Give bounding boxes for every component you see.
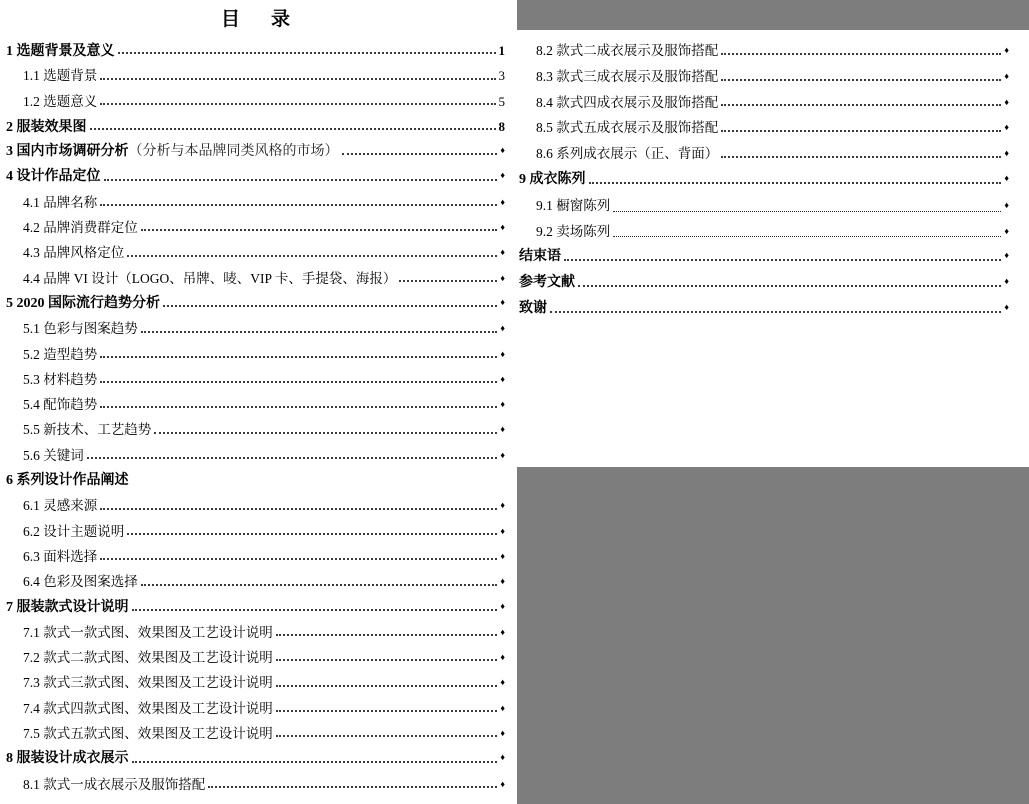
toc-entry-label: 6.4 色彩及图案选择	[23, 569, 138, 594]
page-placeholder-icon: ♦	[500, 645, 505, 670]
dot-leader	[132, 609, 498, 611]
dot-leader	[141, 584, 498, 586]
toc-entry[interactable]: 9 成衣陈列♦	[519, 167, 1009, 193]
toc-entry[interactable]: 8 服装设计成衣展示♦	[6, 746, 505, 771]
dot-leader	[127, 533, 497, 535]
dot-leader	[276, 685, 498, 687]
page-placeholder-icon: ♦	[500, 367, 505, 392]
dot-leader	[100, 204, 497, 206]
toc-entry-label: 结束语	[519, 244, 561, 270]
toc-entry-label: 9 成衣陈列	[519, 167, 586, 193]
toc-entry[interactable]: 6 系列设计作品阐述	[6, 468, 505, 493]
toc-entry-label: 4.2 品牌消费群定位	[23, 215, 138, 240]
toc-entry-label: 4 设计作品定位	[6, 164, 101, 189]
toc-entry[interactable]: 1.1 选题背景3	[6, 63, 505, 88]
dot-leader	[276, 710, 498, 712]
toc-entry[interactable]: 致谢♦	[519, 296, 1009, 322]
toc-entry[interactable]: 7 服装款式设计说明♦	[6, 595, 505, 620]
toc-entry-label: 4.3 品牌风格定位	[23, 240, 124, 265]
dot-leader	[127, 255, 497, 257]
dot-leader	[100, 103, 495, 105]
toc-entry-label: 3 国内市场调研分析	[6, 139, 129, 164]
dot-leader	[118, 52, 496, 54]
page-placeholder-icon: ♦	[500, 290, 505, 315]
page-placeholder-icon: ♦	[1004, 64, 1009, 90]
dot-leader	[154, 432, 497, 434]
dot-leader	[100, 558, 497, 560]
toc-entry[interactable]: 2 服装效果图8	[6, 114, 505, 139]
page-placeholder-icon: ♦	[1004, 141, 1009, 167]
toc-entry-label: 6.2 设计主题说明	[23, 519, 124, 544]
toc-entry-label: 致谢	[519, 296, 547, 322]
toc-entry[interactable]: 8.5 款式五成衣展示及服饰搭配♦	[519, 115, 1009, 141]
toc-entry[interactable]: 6.4 色彩及图案选择♦	[6, 569, 505, 594]
page-placeholder-icon: ♦	[500, 569, 505, 594]
toc-entry[interactable]: 7.3 款式三款式图、效果图及工艺设计说明♦	[6, 670, 505, 695]
dot-leader	[276, 659, 498, 661]
document-page-left: 目 录 1 选题背景及意义11.1 选题背景31.2 选题意义52 服装效果图8…	[0, 0, 517, 804]
toc-entry-label: 5.2 造型趋势	[23, 342, 97, 367]
dot-leader	[721, 104, 1001, 106]
dot-leader	[208, 786, 497, 788]
dot-leader	[163, 305, 497, 307]
toc-entry-label: 1.2 选题意义	[23, 89, 97, 114]
toc-entry[interactable]: 5.3 材料趋势♦	[6, 367, 505, 392]
page-placeholder-icon: ♦	[1004, 38, 1009, 64]
toc-entry-label: 8 服装设计成衣展示	[6, 746, 129, 771]
page-placeholder-icon: ♦	[500, 493, 505, 518]
page-placeholder-icon: ♦	[500, 519, 505, 544]
toc-entry-page: 8	[499, 114, 506, 139]
page-placeholder-icon: ♦	[1004, 295, 1009, 321]
toc-entry[interactable]: 6.3 面料选择♦	[6, 544, 505, 569]
dot-leader	[100, 406, 497, 408]
toc-entry[interactable]: 7.1 款式一款式图、效果图及工艺设计说明♦	[6, 620, 505, 645]
toc-entry[interactable]: 7.5 款式五款式图、效果图及工艺设计说明♦	[6, 721, 505, 746]
page-placeholder-icon: ♦	[500, 316, 505, 341]
toc-entry[interactable]: 8.3 款式三成衣展示及服饰搭配♦	[519, 64, 1009, 90]
toc-entry-label: 参考文献	[519, 270, 575, 296]
toc-entry[interactable]: 5.4 配饰趋势♦	[6, 392, 505, 417]
toc-entry[interactable]: 8.2 款式二成衣展示及服饰搭配♦	[519, 38, 1009, 64]
page-placeholder-icon: ♦	[500, 594, 505, 619]
page-placeholder-icon: ♦	[500, 138, 505, 163]
toc-entry[interactable]: 4.3 品牌风格定位♦	[6, 240, 505, 265]
dot-leader	[564, 259, 1001, 261]
page-placeholder-icon: ♦	[500, 215, 505, 240]
dot-leader	[141, 229, 498, 231]
toc-entry-label: 5.6 关键词	[23, 443, 84, 468]
dot-leader	[721, 130, 1001, 132]
dot-leader	[141, 331, 498, 333]
toc-list-right: 8.2 款式二成衣展示及服饰搭配♦8.3 款式三成衣展示及服饰搭配♦8.4 款式…	[519, 38, 1009, 322]
page-placeholder-icon: ♦	[500, 721, 505, 746]
page-placeholder-icon: ♦	[500, 417, 505, 442]
page-placeholder-icon: ♦	[1004, 90, 1009, 116]
dot-leader	[550, 311, 1001, 313]
page-placeholder-icon: ♦	[500, 443, 505, 468]
toc-entry-page: 5	[499, 89, 506, 114]
toc-entry[interactable]: 5.2 造型趋势♦	[6, 342, 505, 367]
toc-entry-label: 8.5 款式五成衣展示及服饰搭配	[536, 115, 718, 141]
toc-entry[interactable]: 5.6 关键词♦	[6, 443, 505, 468]
toc-entry-label: 9.2 卖场陈列	[536, 219, 610, 245]
dot-leader	[100, 356, 497, 358]
page-placeholder-icon: ♦	[500, 266, 505, 291]
toc-entry-label: 8.2 款式二成衣展示及服饰搭配	[536, 38, 718, 64]
dot-leader	[132, 761, 498, 763]
toc-entry-page: 1	[499, 38, 506, 63]
toc-entry-label: 6.3 面料选择	[23, 544, 97, 569]
toc-entry-label: 4.4 品牌 VI 设计（LOGO、吊牌、唛、VIP 卡、手提袋、海报）	[23, 266, 396, 291]
document-page-right: 8.2 款式二成衣展示及服饰搭配♦8.3 款式三成衣展示及服饰搭配♦8.4 款式…	[517, 30, 1029, 467]
dot-leader	[87, 457, 498, 459]
toc-entry[interactable]: 4.1 品牌名称♦	[6, 190, 505, 215]
toc-entry-label: 2 服装效果图	[6, 115, 87, 140]
page-placeholder-icon: ♦	[1004, 269, 1009, 295]
toc-entry[interactable]: 5 2020 国际流行趋势分析♦	[6, 291, 505, 316]
dot-leader	[276, 735, 498, 737]
toc-entry[interactable]: 7.4 款式四款式图、效果图及工艺设计说明♦	[6, 696, 505, 721]
page-placeholder-icon: ♦	[500, 620, 505, 645]
toc-entry-label: 5.3 材料趋势	[23, 367, 97, 392]
toc-entry[interactable]: 1 选题背景及意义1	[6, 38, 505, 63]
toc-entry-label: 8.1 款式一成衣展示及服饰搭配	[23, 772, 205, 797]
dot-leader	[721, 53, 1001, 55]
toc-entry[interactable]: 8.6 系列成衣展示（正、背面）♦	[519, 141, 1009, 167]
toc-entry[interactable]: 5.1 色彩与图案趋势♦	[6, 316, 505, 341]
toc-entry-page: 3	[499, 63, 506, 88]
page-placeholder-icon: ♦	[1004, 219, 1009, 245]
toc-entry[interactable]: 4.4 品牌 VI 设计（LOGO、吊牌、唛、VIP 卡、手提袋、海报）♦	[6, 266, 505, 291]
toc-entry[interactable]: 7.2 款式二款式图、效果图及工艺设计说明♦	[6, 645, 505, 670]
dot-leader	[721, 156, 1001, 158]
dot-leader	[613, 236, 1001, 237]
toc-entry-label: 5.4 配饰趋势	[23, 392, 97, 417]
page-placeholder-icon: ♦	[1004, 243, 1009, 269]
toc-entry[interactable]: 6.1 灵感来源♦	[6, 493, 505, 518]
page-placeholder-icon: ♦	[500, 342, 505, 367]
toc-entry-label: 8.6 系列成衣展示（正、背面）	[536, 141, 718, 167]
toc-entry[interactable]: 参考文献♦	[519, 270, 1009, 296]
page-placeholder-icon: ♦	[1004, 193, 1009, 219]
page-placeholder-icon: ♦	[500, 696, 505, 721]
toc-entry-label-normal: （分析与本品牌同类风格的市场）	[129, 139, 339, 164]
toc-entry-label: 5.5 新技术、工艺趋势	[23, 417, 151, 442]
toc-entry-label: 4.1 品牌名称	[23, 190, 97, 215]
dot-leader	[342, 153, 498, 155]
toc-entry-label: 6.1 灵感来源	[23, 493, 97, 518]
page-placeholder-icon: ♦	[500, 392, 505, 417]
page-placeholder-icon: ♦	[500, 190, 505, 215]
toc-entry-label: 7.2 款式二款式图、效果图及工艺设计说明	[23, 645, 273, 670]
dot-leader	[399, 280, 497, 282]
page-placeholder-icon: ♦	[500, 544, 505, 569]
page-placeholder-icon: ♦	[500, 670, 505, 695]
toc-entry-label: 7.4 款式四款式图、效果图及工艺设计说明	[23, 696, 273, 721]
page-placeholder-icon: ♦	[1004, 115, 1009, 141]
toc-entry[interactable]: 结束语♦	[519, 244, 1009, 270]
dot-leader	[721, 79, 1001, 81]
toc-entry-label: 6 系列设计作品阐述	[6, 468, 129, 493]
dot-leader	[589, 182, 1002, 184]
toc-entry[interactable]: 4 设计作品定位♦	[6, 164, 505, 189]
toc-entry[interactable]: 9.1 橱窗陈列♦	[519, 193, 1009, 219]
dot-leader	[104, 179, 498, 181]
page-placeholder-icon: ♦	[500, 163, 505, 188]
page-placeholder-icon: ♦	[500, 745, 505, 770]
toc-entry[interactable]: 6.2 设计主题说明♦	[6, 519, 505, 544]
toc-entry-label: 7.1 款式一款式图、效果图及工艺设计说明	[23, 620, 273, 645]
toc-entry[interactable]: 1.2 选题意义5	[6, 89, 505, 114]
dot-leader	[100, 78, 495, 80]
toc-entry[interactable]: 9.2 卖场陈列♦	[519, 219, 1009, 245]
toc-entry[interactable]: 3 国内市场调研分析（分析与本品牌同类风格的市场）♦	[6, 139, 505, 164]
toc-entry-label: 9.1 橱窗陈列	[536, 193, 610, 219]
page-placeholder-icon: ♦	[500, 772, 505, 797]
toc-title: 目 录	[0, 4, 517, 31]
page-placeholder-icon: ♦	[1004, 166, 1009, 192]
page-placeholder-icon: ♦	[500, 240, 505, 265]
dot-leader	[276, 634, 498, 636]
toc-entry-label: 1.1 选题背景	[23, 63, 97, 88]
toc-entry[interactable]: 5.5 新技术、工艺趋势♦	[6, 417, 505, 442]
toc-entry[interactable]: 8.4 款式四成衣展示及服饰搭配♦	[519, 90, 1009, 116]
dot-leader	[100, 508, 497, 510]
toc-entry-label: 8.4 款式四成衣展示及服饰搭配	[536, 90, 718, 116]
dot-leader	[578, 285, 1001, 287]
toc-list-left: 1 选题背景及意义11.1 选题背景31.2 选题意义52 服装效果图83 国内…	[6, 38, 505, 797]
toc-entry-label: 7.5 款式五款式图、效果图及工艺设计说明	[23, 721, 273, 746]
toc-entry-label: 7 服装款式设计说明	[6, 595, 129, 620]
toc-entry-label: 5 2020 国际流行趋势分析	[6, 291, 160, 316]
toc-entry-label: 8.3 款式三成衣展示及服饰搭配	[536, 64, 718, 90]
dot-leader	[100, 381, 497, 383]
toc-entry-label: 1 选题背景及意义	[6, 39, 115, 64]
dot-leader	[90, 128, 496, 130]
toc-entry-label: 5.1 色彩与图案趋势	[23, 316, 138, 341]
toc-entry-label: 7.3 款式三款式图、效果图及工艺设计说明	[23, 670, 273, 695]
dot-leader	[613, 211, 1001, 212]
toc-entry[interactable]: 8.1 款式一成衣展示及服饰搭配♦	[6, 772, 505, 797]
toc-entry[interactable]: 4.2 品牌消费群定位♦	[6, 215, 505, 240]
